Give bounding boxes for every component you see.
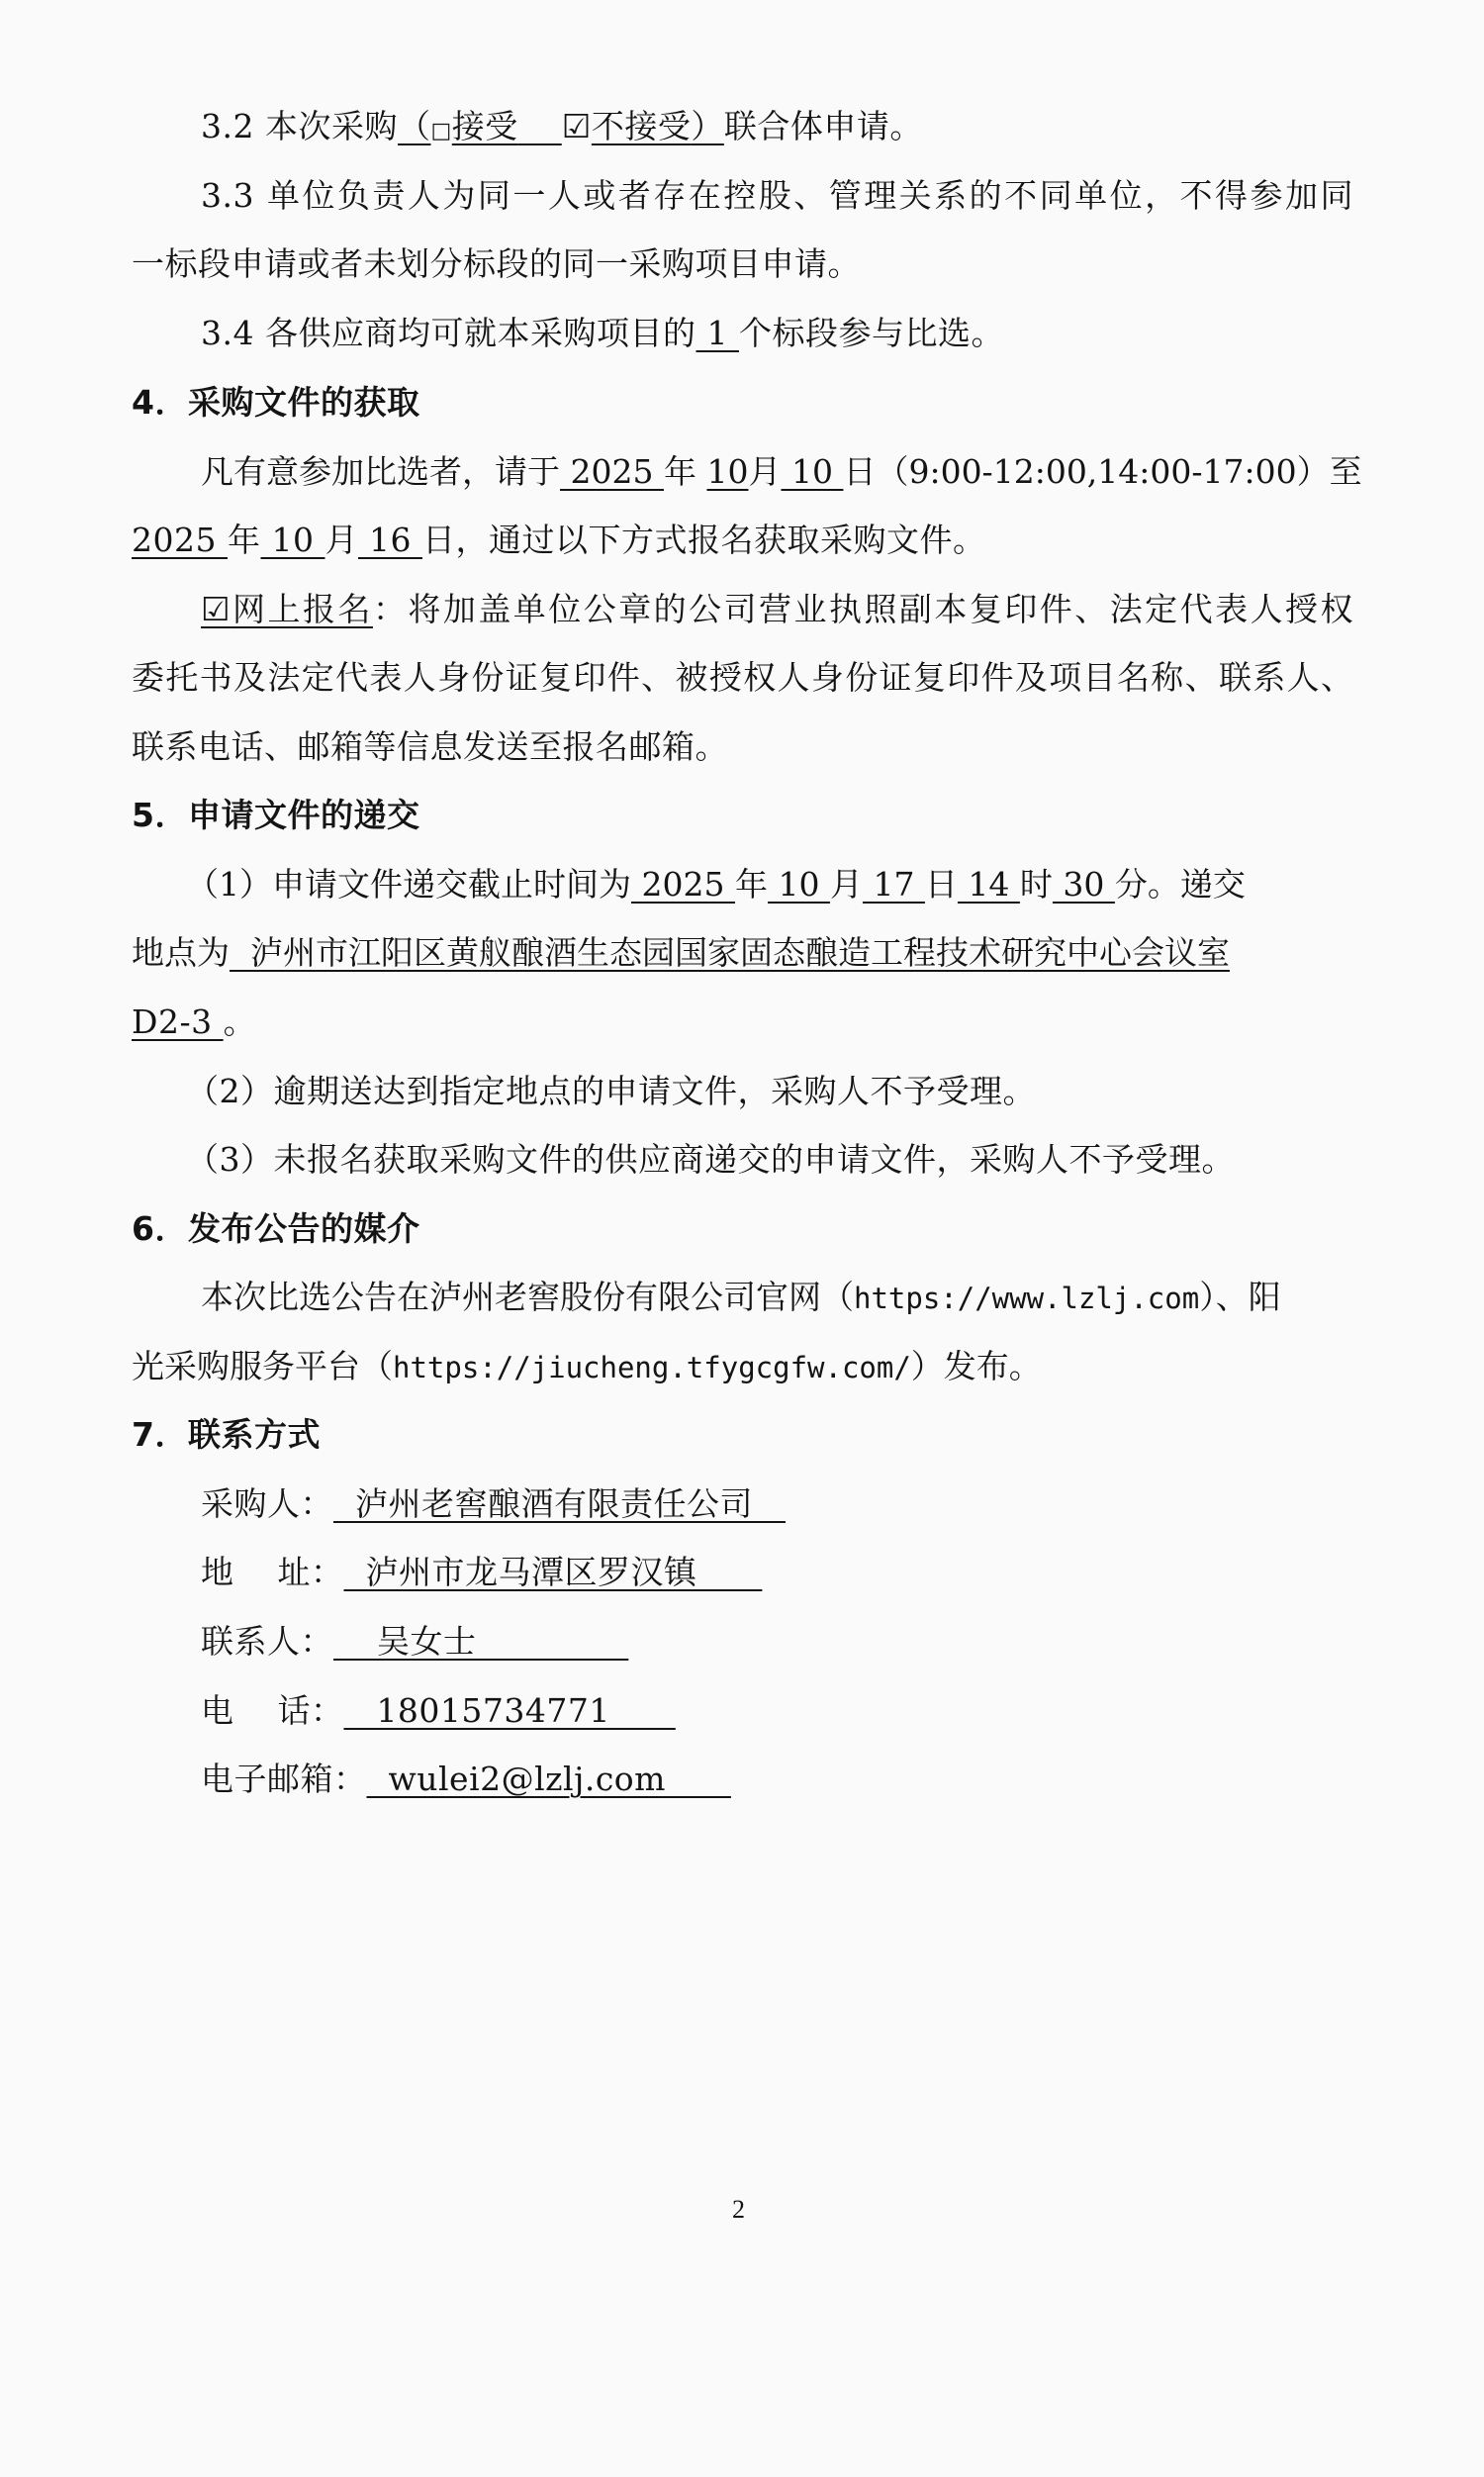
clause-3-3-line1: 3.3 单位负责人为同一人或者存在控股、管理关系的不同单位，不得参加同 [201,173,1353,219]
procurement-platform-url[interactable]: https://jiucheng.tfygcgfw.com/ [393,1351,911,1384]
submission-place: 泸州市江阳区黄舣酿酒生态园国家固态酿造工程技术研究中心会议室 [230,933,1230,972]
contact-person: 联系人： 吴女士 [201,1619,1353,1665]
contact-address: 地 址： 泸州市龙马潭区罗汉镇 [201,1550,1353,1595]
section-4-heading: 4．采购文件的获取 [132,380,1353,426]
acquisition-period-line2: 2025 年 10 月 16 日，通过以下方式报名获取采购文件。 [132,518,1353,563]
deadline-month: 10 [768,865,830,904]
contact-email: 电子邮箱： wulei2@lzlj.com [201,1757,1353,1802]
official-website-url[interactable]: https://www.lzlj.com [854,1282,1199,1315]
deadline-year: 2025 [631,865,735,904]
clause-3-3-line2: 一标段申请或者未划分标段的同一采购项目申请。 [132,241,1353,287]
submission-place-cont: D2-3 。 [132,1000,1353,1045]
checkbox-checked-icon: ☑ [201,590,231,628]
unregistered-note: （3）未报名获取采购文件的供应商递交的申请文件，采购人不予受理。 [186,1137,1339,1183]
page-number: 2 [732,2195,745,2225]
section-6-heading: 6．发布公告的媒介 [132,1206,1353,1252]
clause-3-2: 3.2 本次采购（□接受 ☑不接受）联合体申请。 [201,104,1353,149]
lot-count: 1 [696,314,738,352]
deadline-day: 17 [863,865,925,904]
media-line1: 本次比选公告在泸州老窖股份有限公司官网（https://www.lzlj.com… [201,1275,1353,1320]
end-month: 10 [260,521,325,559]
deadline-hour: 14 [958,865,1020,904]
checkbox-unchecked-icon: □ [430,109,451,154]
submission-place-line: 地点为 泸州市江阳区黄舣酿酒生态园国家固态酿造工程技术研究中心会议室 [132,930,1353,976]
online-registration-line1: ☑网上报名：将加盖单位公章的公司营业执照副本复印件、法定代表人授权 [201,587,1353,632]
section-7-heading: 7．联系方式 [132,1412,1353,1458]
room-number: D2-3 [132,1002,224,1041]
clause-3-4: 3.4 各供应商均可就本采购项目的 1 个标段参与比选。 [201,311,1353,356]
start-day: 10 [781,452,843,491]
section-5-heading: 5．申请文件的递交 [132,793,1353,838]
contact-purchaser: 采购人： 泸州老窖酿酒有限责任公司 [201,1481,1353,1527]
deadline-line: （1）申请文件递交截止时间为 2025 年 10 月 17 日 14 时 30 … [186,862,1339,907]
end-day: 16 [358,521,422,559]
online-registration-label: ☑网上报名 [201,590,373,628]
contact-phone: 电 话： 18015734771 [201,1688,1353,1734]
late-submission-note: （2）逾期送达到指定地点的申请文件，采购人不予受理。 [186,1069,1339,1114]
online-registration-line2: 委托书及法定代表人身份证复印件、被授权人身份证复印件及项目名称、联系人、 [132,655,1353,701]
deadline-minute: 30 [1053,865,1115,904]
start-year: 2025 [560,452,664,491]
acquisition-period-line1: 凡有意参加比选者，请于 2025 年 10月 10 日（9:00-12:00,1… [201,449,1353,495]
consortium-choice: （□接受 ☑不接受） [398,107,724,145]
online-registration-line3: 联系电话、邮箱等信息发送至报名邮箱。 [132,724,1353,770]
end-year: 2025 [132,521,228,559]
media-line2: 光采购服务平台（https://jiucheng.tfygcgfw.com/）发… [132,1344,1353,1389]
checkbox-checked-icon: ☑ [562,104,592,149]
start-month: 10 [706,452,748,491]
